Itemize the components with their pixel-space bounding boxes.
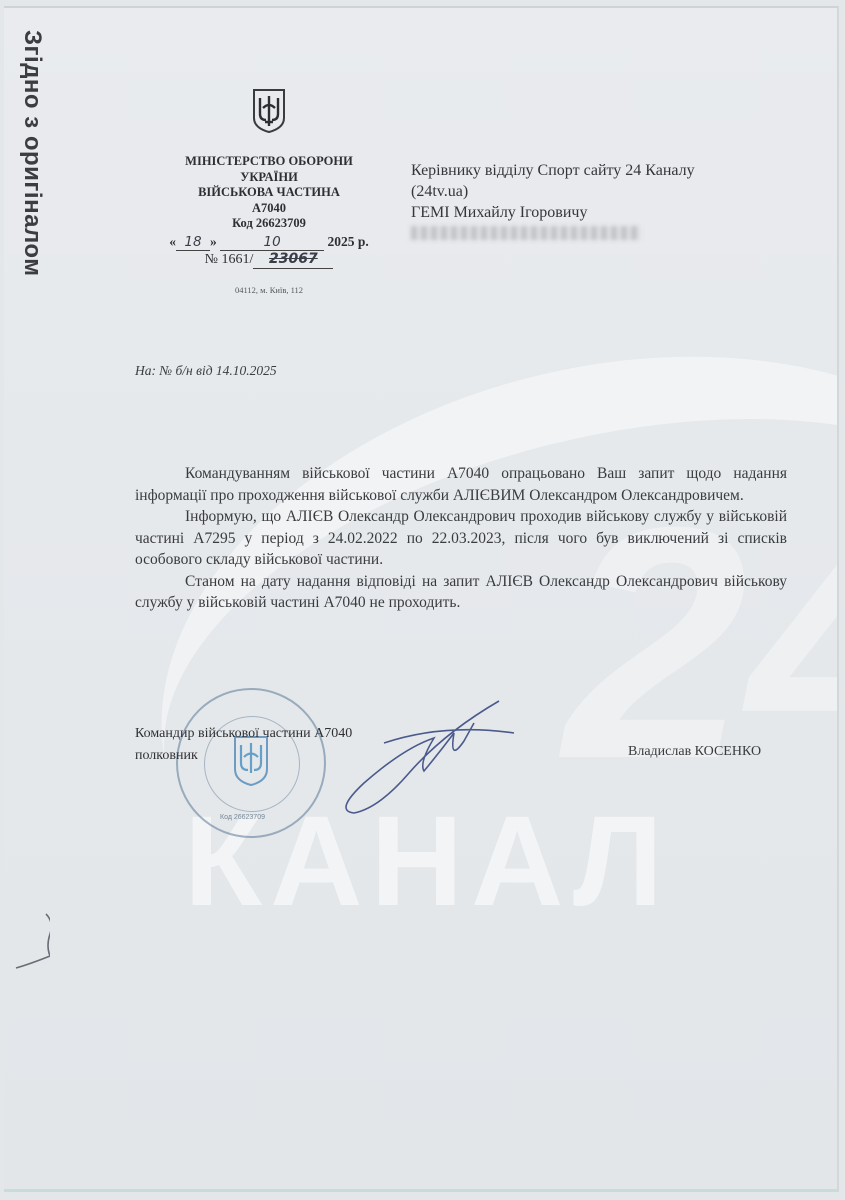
date-year: 2025 р. [327, 234, 368, 249]
letterhead-line: УКРАЇНИ [144, 170, 394, 186]
signatory-position: Командир військової частини А7040 [135, 723, 352, 745]
letterhead-line: МІНІСТЕРСТВО ОБОРОНИ [144, 154, 394, 170]
body-paragraph: Станом на дату надання відповіді на запи… [135, 571, 787, 614]
document-page: 24 КАНАЛ Згідно з оригіналом МІНІСТЕРСТВ… [4, 6, 839, 1192]
recipient-line: ГЕМІ Михайлу Ігоровичу [411, 202, 791, 223]
recipient-line: Керівнику відділу Спорт сайту 24 Каналу [411, 160, 791, 181]
date-month: 10 [220, 235, 324, 252]
certified-copy-stamp: Згідно з оригіналом [18, 30, 46, 276]
signatory-rank: полковник [135, 745, 352, 767]
body-paragraph: Інформую, що АЛІЄВ Олександр Олександров… [135, 506, 787, 571]
letterhead: МІНІСТЕРСТВО ОБОРОНИ УКРАЇНИ ВІЙСЬКОВА Ч… [144, 88, 394, 298]
number-handwritten: 23067 [253, 252, 333, 269]
number-prefix: № 1661/ [205, 252, 254, 267]
letterhead-line: Код 26623709 [144, 216, 394, 232]
recipient-line: (24tv.ua) [411, 181, 791, 202]
watermark-arc [96, 268, 839, 1058]
recipient-block: Керівнику відділу Спорт сайту 24 Каналу … [411, 160, 791, 240]
letter-date: «18» 10 2025 р. [144, 234, 394, 252]
date-day: 18 [176, 235, 210, 252]
trident-coat-of-arms-icon [251, 88, 287, 134]
letter-number: № 1661/23067 [144, 252, 394, 269]
seal-code: Код 26623709 [220, 814, 265, 821]
redacted-line [411, 226, 641, 240]
signatory-title: Командир військової частини А7040 полков… [135, 723, 352, 767]
handwritten-signature [324, 693, 524, 823]
letterhead-address: 04112, м. Київ, 112 [144, 283, 394, 299]
signatory-name: Владислав КОСЕНКО [628, 744, 761, 760]
margin-pen-mark [10, 912, 50, 972]
reply-reference: На: № б/н від 14.10.2025 [135, 363, 277, 379]
letterhead-line: ВІЙСЬКОВА ЧАСТИНА [144, 185, 394, 201]
body-paragraph: Командуванням військової частини А7040 о… [135, 463, 787, 506]
letterhead-line: А7040 [144, 201, 394, 217]
letter-body: Командуванням військової частини А7040 о… [135, 463, 787, 614]
